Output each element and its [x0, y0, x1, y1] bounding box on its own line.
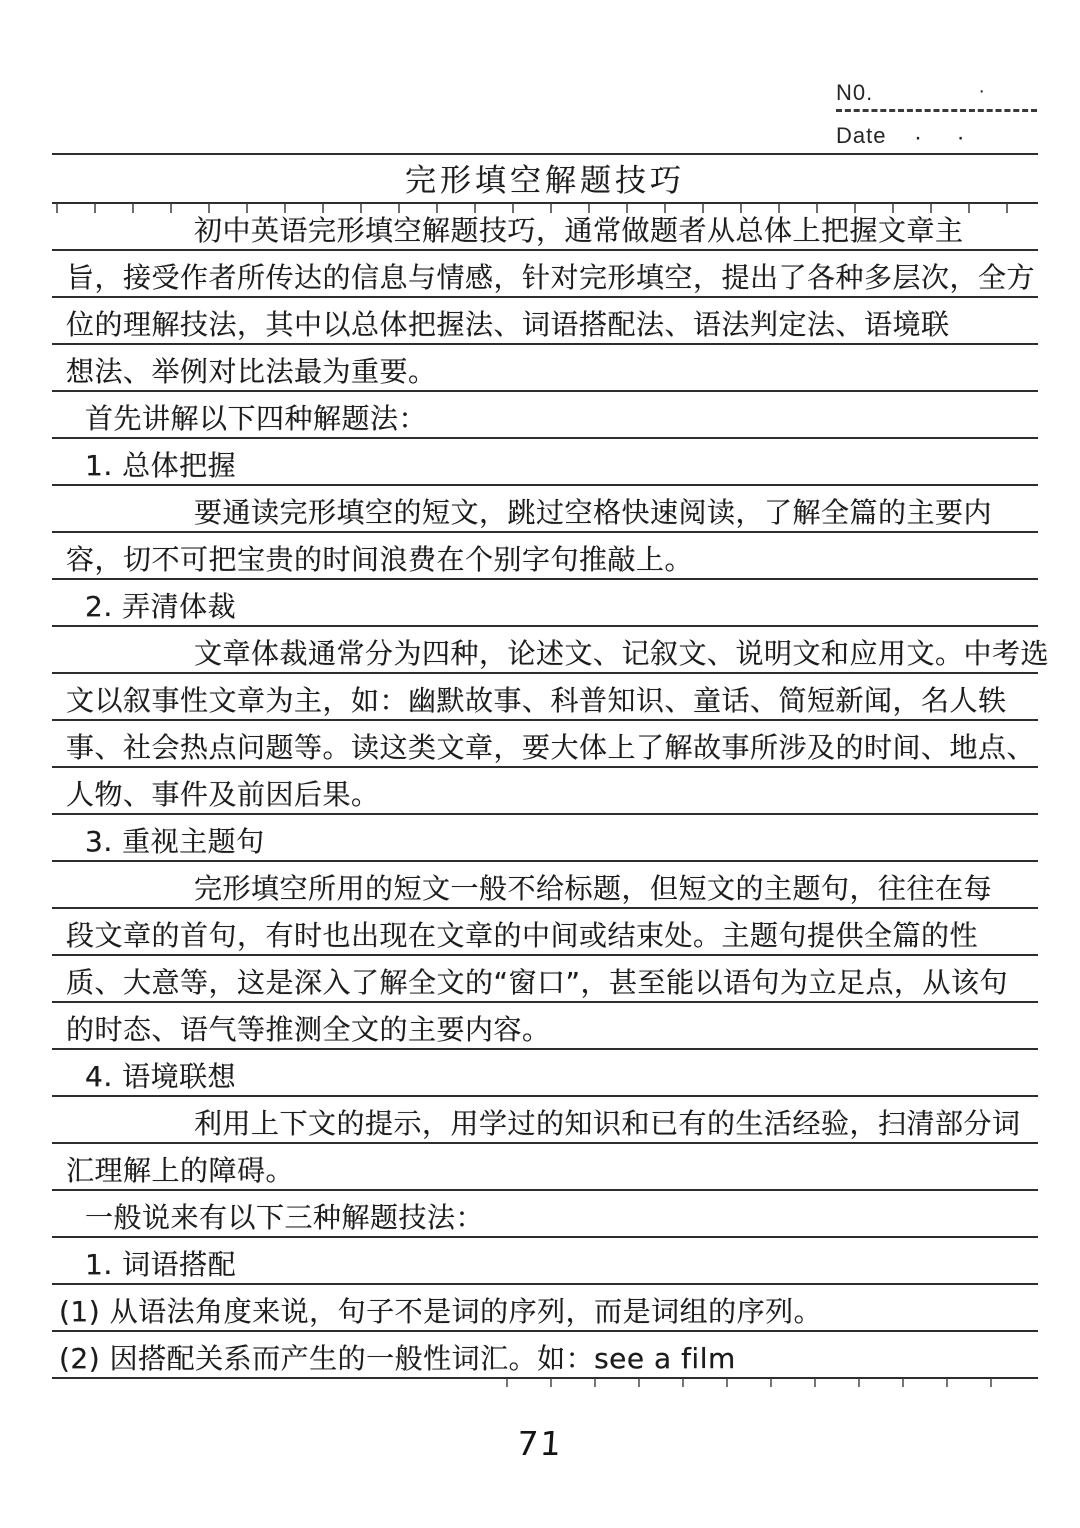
handwritten-line: 首先讲解以下四种解题法：: [52, 392, 1038, 439]
handwritten-line: 想法、举例对比法最为重要。: [52, 345, 1038, 392]
handwritten-text: 的时态、语气等推测全文的主要内容。: [66, 1014, 551, 1046]
handwritten-text: 文以叙事性文章为主，如：幽默故事、科普知识、童话、简短新闻，名人轶: [66, 685, 1007, 717]
handwritten-line: 事、社会热点问题等。读这类文章，要大体上了解故事所涉及的时间、地点、: [52, 721, 1038, 768]
handwritten-text: 1. 总体把握: [85, 450, 236, 482]
handwritten-text: 容，切不可把宝贵的时间浪费在个别字句推敲上。: [66, 544, 693, 576]
handwritten-line: (2) 因搭配关系而产生的一般性词汇。如：see a film: [52, 1332, 1038, 1379]
handwritten-line: 初中英语完形填空解题技巧，通常做题者从总体上把握文章主: [52, 204, 1038, 251]
handwritten-text: 4. 语境联想: [85, 1061, 236, 1093]
no-dot-speck: ·: [978, 80, 986, 103]
handwritten-line: 1. 词语搭配: [52, 1238, 1038, 1285]
handwritten-line: 旨，接受作者所传达的信息与情感，针对完形填空，提出了各种多层次，全方: [52, 251, 1038, 298]
date-label: Date: [836, 123, 886, 148]
handwritten-line: (1) 从语法角度来说，句子不是词的序列，而是词组的序列。: [52, 1285, 1038, 1332]
handwritten-text: 想法、举例对比法最为重要。: [66, 356, 437, 388]
handwritten-text: 3. 重视主题句: [85, 826, 265, 858]
handwritten-text: 文章体裁通常分为四种，论述文、记叙文、说明文和应用文。中考选: [194, 638, 1049, 670]
handwritten-line: 人物、事件及前因后果。: [52, 768, 1038, 815]
handwritten-line: 一般说来有以下三种解题技法：: [52, 1191, 1038, 1238]
handwritten-line: 2. 弄清体裁: [52, 580, 1038, 627]
date-row: Date · ·: [836, 123, 1038, 149]
handwritten-line: 1. 总体把握: [52, 439, 1038, 486]
handwritten-line: 文以叙事性文章为主，如：幽默故事、科普知识、童话、简短新闻，名人轶: [52, 674, 1038, 721]
no-label: N0.: [836, 80, 873, 105]
handwritten-line: 汇理解上的障碍。: [52, 1144, 1038, 1191]
handwritten-text: 位的理解技法，其中以总体把握法、词语搭配法、语法判定法、语境联: [66, 309, 950, 341]
handwritten-line: 的时态、语气等推测全文的主要内容。: [52, 1003, 1038, 1050]
handwritten-text: 完形填空所用的短文一般不给标题，但短文的主题句，往往在每: [194, 873, 992, 905]
handwritten-line: 段文章的首句，有时也出现在文章的中间或结束处。主题句提供全篇的性: [52, 909, 1038, 956]
handwritten-text: 初中英语完形填空解题技巧，通常做题者从总体上把握文章主: [194, 215, 964, 247]
handwritten-line: 4. 语境联想: [52, 1050, 1038, 1097]
handwritten-text: 人物、事件及前因后果。: [66, 779, 380, 811]
page-number: 71: [0, 1424, 1080, 1463]
title-row: 完形填空解题技巧: [52, 155, 1038, 204]
handwritten-line: 利用上下文的提示，用学过的知识和已有的生活经验，扫清部分词: [52, 1097, 1038, 1144]
handwritten-text: 旨，接受作者所传达的信息与情感，针对完形填空，提出了各种多层次，全方: [66, 262, 1035, 294]
handwritten-line: 质、大意等，这是深入了解全文的“窗口”，甚至能以语句为立足点，从该句: [52, 956, 1038, 1003]
handwritten-line: 位的理解技法，其中以总体把握法、词语搭配法、语法判定法、语境联: [52, 298, 1038, 345]
ruled-sheet: 完形填空解题技巧 初中英语完形填空解题技巧，通常做题者从总体上把握文章主旨，接受…: [52, 153, 1038, 1379]
handwritten-text: 事、社会热点问题等。读这类文章，要大体上了解故事所涉及的时间、地点、: [66, 732, 1035, 764]
handwritten-text: 一般说来有以下三种解题技法：: [85, 1202, 484, 1234]
handwritten-line: 完形填空所用的短文一般不给标题，但短文的主题句，往往在每: [52, 862, 1038, 909]
handwritten-text: (2) 因搭配关系而产生的一般性词汇。如：see a film: [59, 1343, 736, 1375]
no-dashed-line: [836, 109, 1037, 112]
page-header: N0. · Date · ·: [836, 80, 1038, 149]
page-title: 完形填空解题技巧: [405, 164, 685, 200]
handwritten-text: 2. 弄清体裁: [85, 591, 236, 623]
handwritten-line: 容，切不可把宝贵的时间浪费在个别字句推敲上。: [52, 533, 1038, 580]
notebook-lines: 初中英语完形填空解题技巧，通常做题者从总体上把握文章主旨，接受作者所传达的信息与…: [52, 204, 1038, 1379]
notebook-page: N0. · Date · · 完形填空解题技巧 初中英语完形填空解题技巧，通常做…: [0, 0, 1080, 1528]
handwritten-text: 段文章的首句，有时也出现在文章的中间或结束处。主题句提供全篇的性: [66, 920, 978, 952]
no-row: N0. ·: [836, 80, 1038, 106]
handwritten-line: 文章体裁通常分为四种，论述文、记叙文、说明文和应用文。中考选: [52, 627, 1038, 674]
handwritten-text: 1. 词语搭配: [85, 1249, 236, 1281]
handwritten-text: 首先讲解以下四种解题法：: [85, 403, 427, 435]
handwritten-text: 汇理解上的障碍。: [66, 1155, 294, 1187]
date-dots: · ·: [914, 124, 966, 152]
handwritten-line: 3. 重视主题句: [52, 815, 1038, 862]
handwritten-text: 质、大意等，这是深入了解全文的“窗口”，甚至能以语句为立足点，从该句: [66, 967, 1008, 999]
handwritten-text: 要通读完形填空的短文，跳过空格快速阅读，了解全篇的主要内: [194, 497, 992, 529]
handwritten-line: 要通读完形填空的短文，跳过空格快速阅读，了解全篇的主要内: [52, 486, 1038, 533]
handwritten-text: (1) 从语法角度来说，句子不是词的序列，而是词组的序列。: [59, 1296, 822, 1328]
handwritten-text: 利用上下文的提示，用学过的知识和已有的生活经验，扫清部分词: [194, 1108, 1021, 1140]
